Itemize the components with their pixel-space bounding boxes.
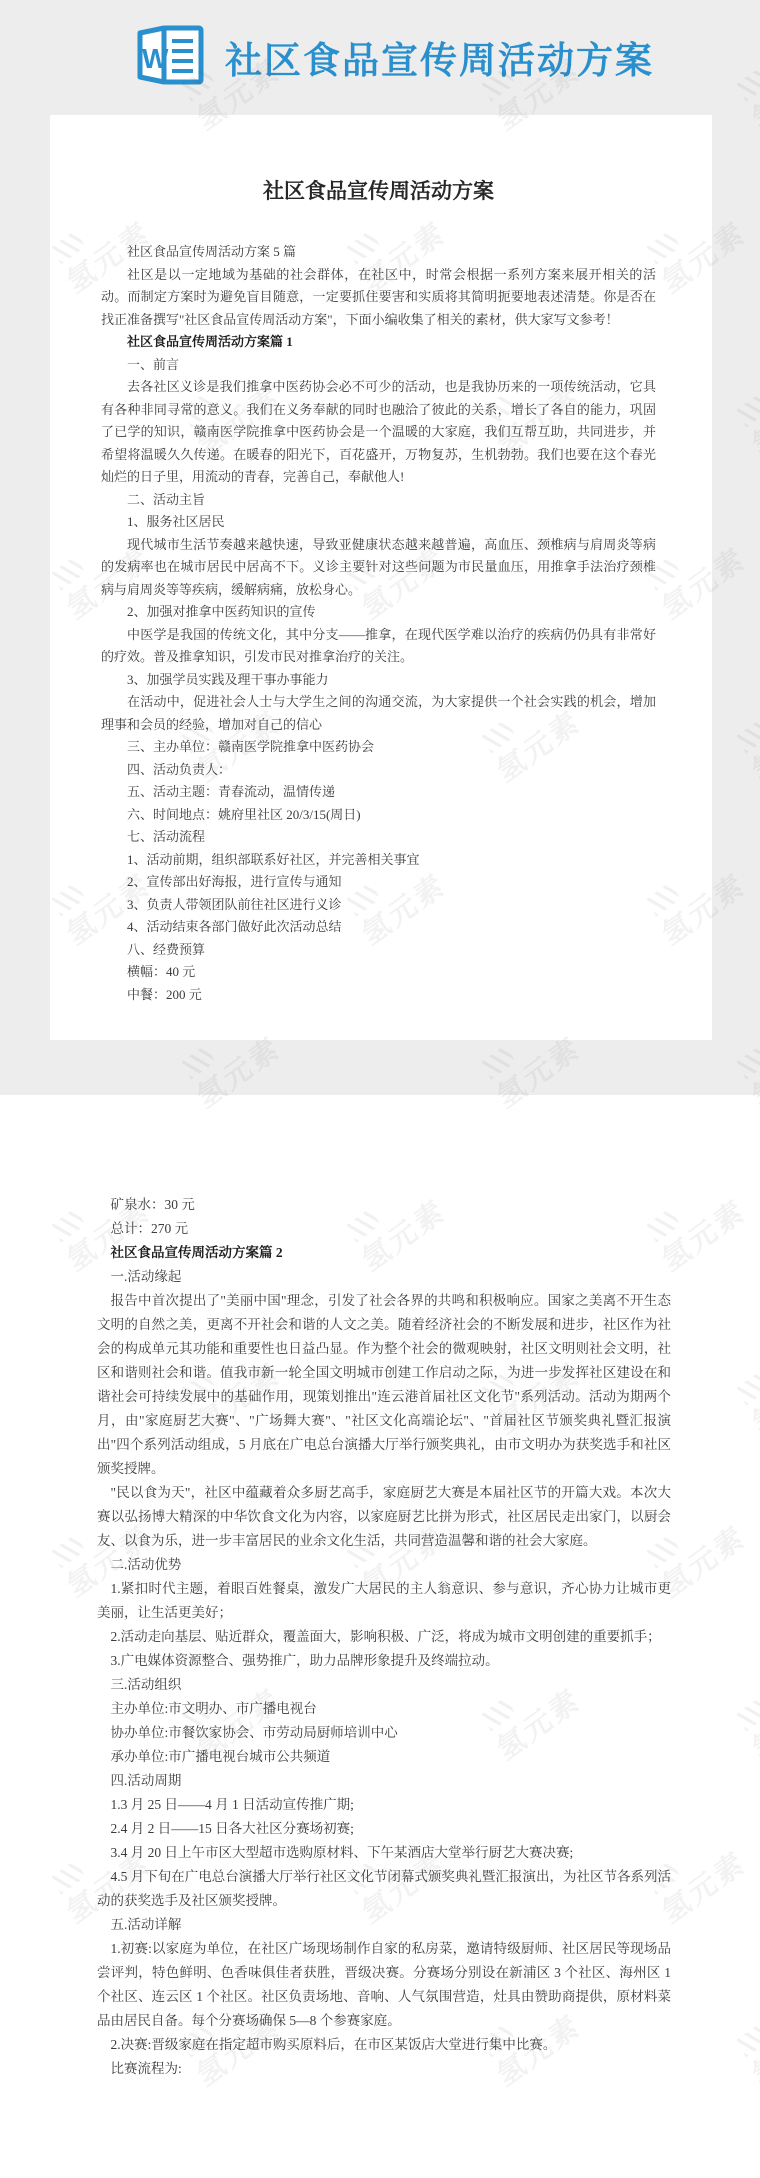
paragraph: 协办单位:市餐饮家协会、市劳动局厨师培训中心 — [97, 1721, 671, 1745]
paragraph: 1.3 月 25 日——4 月 1 日活动宣传推广期; — [97, 1793, 671, 1817]
site-title: 社区食品宣传周活动方案 — [225, 30, 654, 84]
paragraph: 中餐：200 元 — [101, 984, 656, 1007]
watermark-logo-stripes — [52, 1533, 86, 1568]
paragraph: 1.紧扣时代主题，着眼百姓餐桌，激发广大居民的主人翁意识、参与意识，齐心协力让城… — [97, 1577, 671, 1625]
paragraph: 总计：270 元 — [97, 1217, 671, 1241]
paragraph: 报告中首次提出了"美丽中国"理念，引发了社会各界的共鸣和积极响应。国家之美离不开… — [97, 1289, 671, 1481]
paragraph: 4、活动结束各部门做好此次活动总结 — [101, 916, 656, 939]
watermark-text: 氢元素 — [744, 2002, 760, 2095]
paragraph: 在活动中，促进社会人士与大学生之间的沟通交流，为大家提供一个社会实践的机会，增加… — [101, 691, 656, 736]
paragraph: 三、主办单位：赣南医学院推拿中医药协会 — [101, 736, 656, 759]
paragraph: 4.5 月下旬在广电总台演播大厅举行社区文化节闭幕式颁奖典礼暨汇报演出，为社区节… — [97, 1865, 671, 1913]
paragraph: 1、服务社区居民 — [101, 511, 656, 534]
watermark: 氢元素 — [735, 1333, 760, 1444]
paragraph: 横幅：40 元 — [101, 961, 656, 984]
paragraph: 社区是以一定地域为基础的社会群体，在社区中，时常会根据一系列方案来展开相关的活动… — [101, 264, 656, 332]
paragraph: 矿泉水：30 元 — [97, 1193, 671, 1217]
paragraph: 3、加强学员实践及理干事办事能力 — [101, 669, 656, 692]
paragraph: 1.初赛:以家庭为单位，在社区广场现场制作自家的私房菜，邀请特级厨师、社区居民等… — [97, 1937, 671, 2033]
paragraph: 三.活动组织 — [97, 1673, 671, 1697]
paragraph: 五、活动主题：青春流动，温情传递 — [101, 781, 656, 804]
document-page-2: 矿泉水：30 元总计：270 元社区食品宣传周活动方案篇 2一.活动缘起报告中首… — [97, 1193, 671, 2081]
watermark-text: 氢元素 — [744, 1350, 760, 1443]
paragraph: 3.广电媒体资源整合、强势推广，助力品牌形象提升及终端拉动。 — [97, 1649, 671, 1673]
paragraph: 八、经费预算 — [101, 939, 656, 962]
paragraph: 2.4 月 2 日——15 日各大社区分赛场初赛; — [97, 1817, 671, 1841]
watermark: 氢元素 — [735, 1659, 760, 1770]
site-header: W 社区食品宣传周活动方案 — [133, 22, 654, 92]
paragraph: 现代城市生活节奏越来越快速，导致亚健康状态越来越普遍，高血压、颈椎病与肩周炎等病… — [101, 534, 656, 602]
paragraph: 2、加强对推拿中医药知识的宣传 — [101, 601, 656, 624]
paragraph: 中医学是我国的传统文化，其中分支——推拿，在现代医学难以治疗的疾病仍仍具有非常好… — [101, 624, 656, 669]
paragraph: 承办单位:市广播电视台城市公共频道 — [97, 1745, 671, 1769]
paragraph: 2.活动走向基层、贴近群众，覆盖面大，影响积极、广泛，将成为城市文明创建的重要抓… — [97, 1625, 671, 1649]
watermark-logo-stripes — [737, 2022, 760, 2057]
paragraph: 社区食品宣传周活动方案篇 1 — [101, 331, 656, 354]
document-title: 社区食品宣传周活动方案 — [101, 175, 656, 205]
paragraph: 2、宣传部出好海报，进行宣传与通知 — [101, 871, 656, 894]
word-document-icon: W — [133, 24, 205, 91]
paragraph: "民以食为天"，社区中蕴藏着众多厨艺高手，家庭厨艺大赛是本届社区节的开篇大戏。本… — [97, 1481, 671, 1553]
paragraph: 六、时间地点：姚府里社区 20/3/15(周日) — [101, 804, 656, 827]
paragraph: 3、负责人带领团队前往社区进行义诊 — [101, 894, 656, 917]
paragraph: 2.决赛:晋级家庭在指定超市购买原料后，在市区某饭店大堂进行集中比赛。 — [97, 2033, 671, 2057]
watermark-logo-stripes — [737, 1370, 760, 1405]
paragraph: 3.4 月 20 日上午市区大型超市选购原材料、下午某酒店大堂举行厨艺大赛决赛; — [97, 1841, 671, 1865]
paragraph: 七、活动流程 — [101, 826, 656, 849]
paragraph: 主办单位:市文明办、市广播电视台 — [97, 1697, 671, 1721]
paragraph: 社区食品宣传周活动方案 5 篇 — [101, 241, 656, 264]
paragraph: 四、活动负责人： — [101, 759, 656, 782]
paragraph: 去各社区义诊是我们推拿中医药协会必不可少的活动，也是我协历来的一项传统活动，它具… — [101, 376, 656, 489]
paragraph: 二.活动优势 — [97, 1553, 671, 1577]
logo-letter: W — [142, 43, 169, 74]
paragraph: 四.活动周期 — [97, 1769, 671, 1793]
paragraph: 二、活动主旨 — [101, 489, 656, 512]
watermark-logo-stripes — [52, 1207, 86, 1242]
watermark: 氢元素 — [735, 1985, 760, 2096]
paragraph: 社区食品宣传周活动方案篇 2 — [97, 1241, 671, 1265]
document-page-1: 社区食品宣传周活动方案 社区食品宣传周活动方案 5 篇社区是以一定地域为基础的社… — [50, 115, 712, 1040]
paragraph: 一.活动缘起 — [97, 1265, 671, 1289]
paragraph: 比赛流程为: — [97, 2057, 671, 2081]
watermark-logo-stripes — [737, 1696, 760, 1731]
document-body-page-1: 社区食品宣传周活动方案 5 篇社区是以一定地域为基础的社会群体，在社区中，时常会… — [101, 241, 656, 1006]
watermark-text: 氢元素 — [744, 1676, 760, 1769]
paragraph: 一、前言 — [101, 354, 656, 377]
watermark-logo-stripes — [52, 1859, 86, 1894]
paragraph: 五.活动详解 — [97, 1913, 671, 1937]
paragraph: 1、活动前期，组织部联系好社区，并完善相关事宜 — [101, 849, 656, 872]
